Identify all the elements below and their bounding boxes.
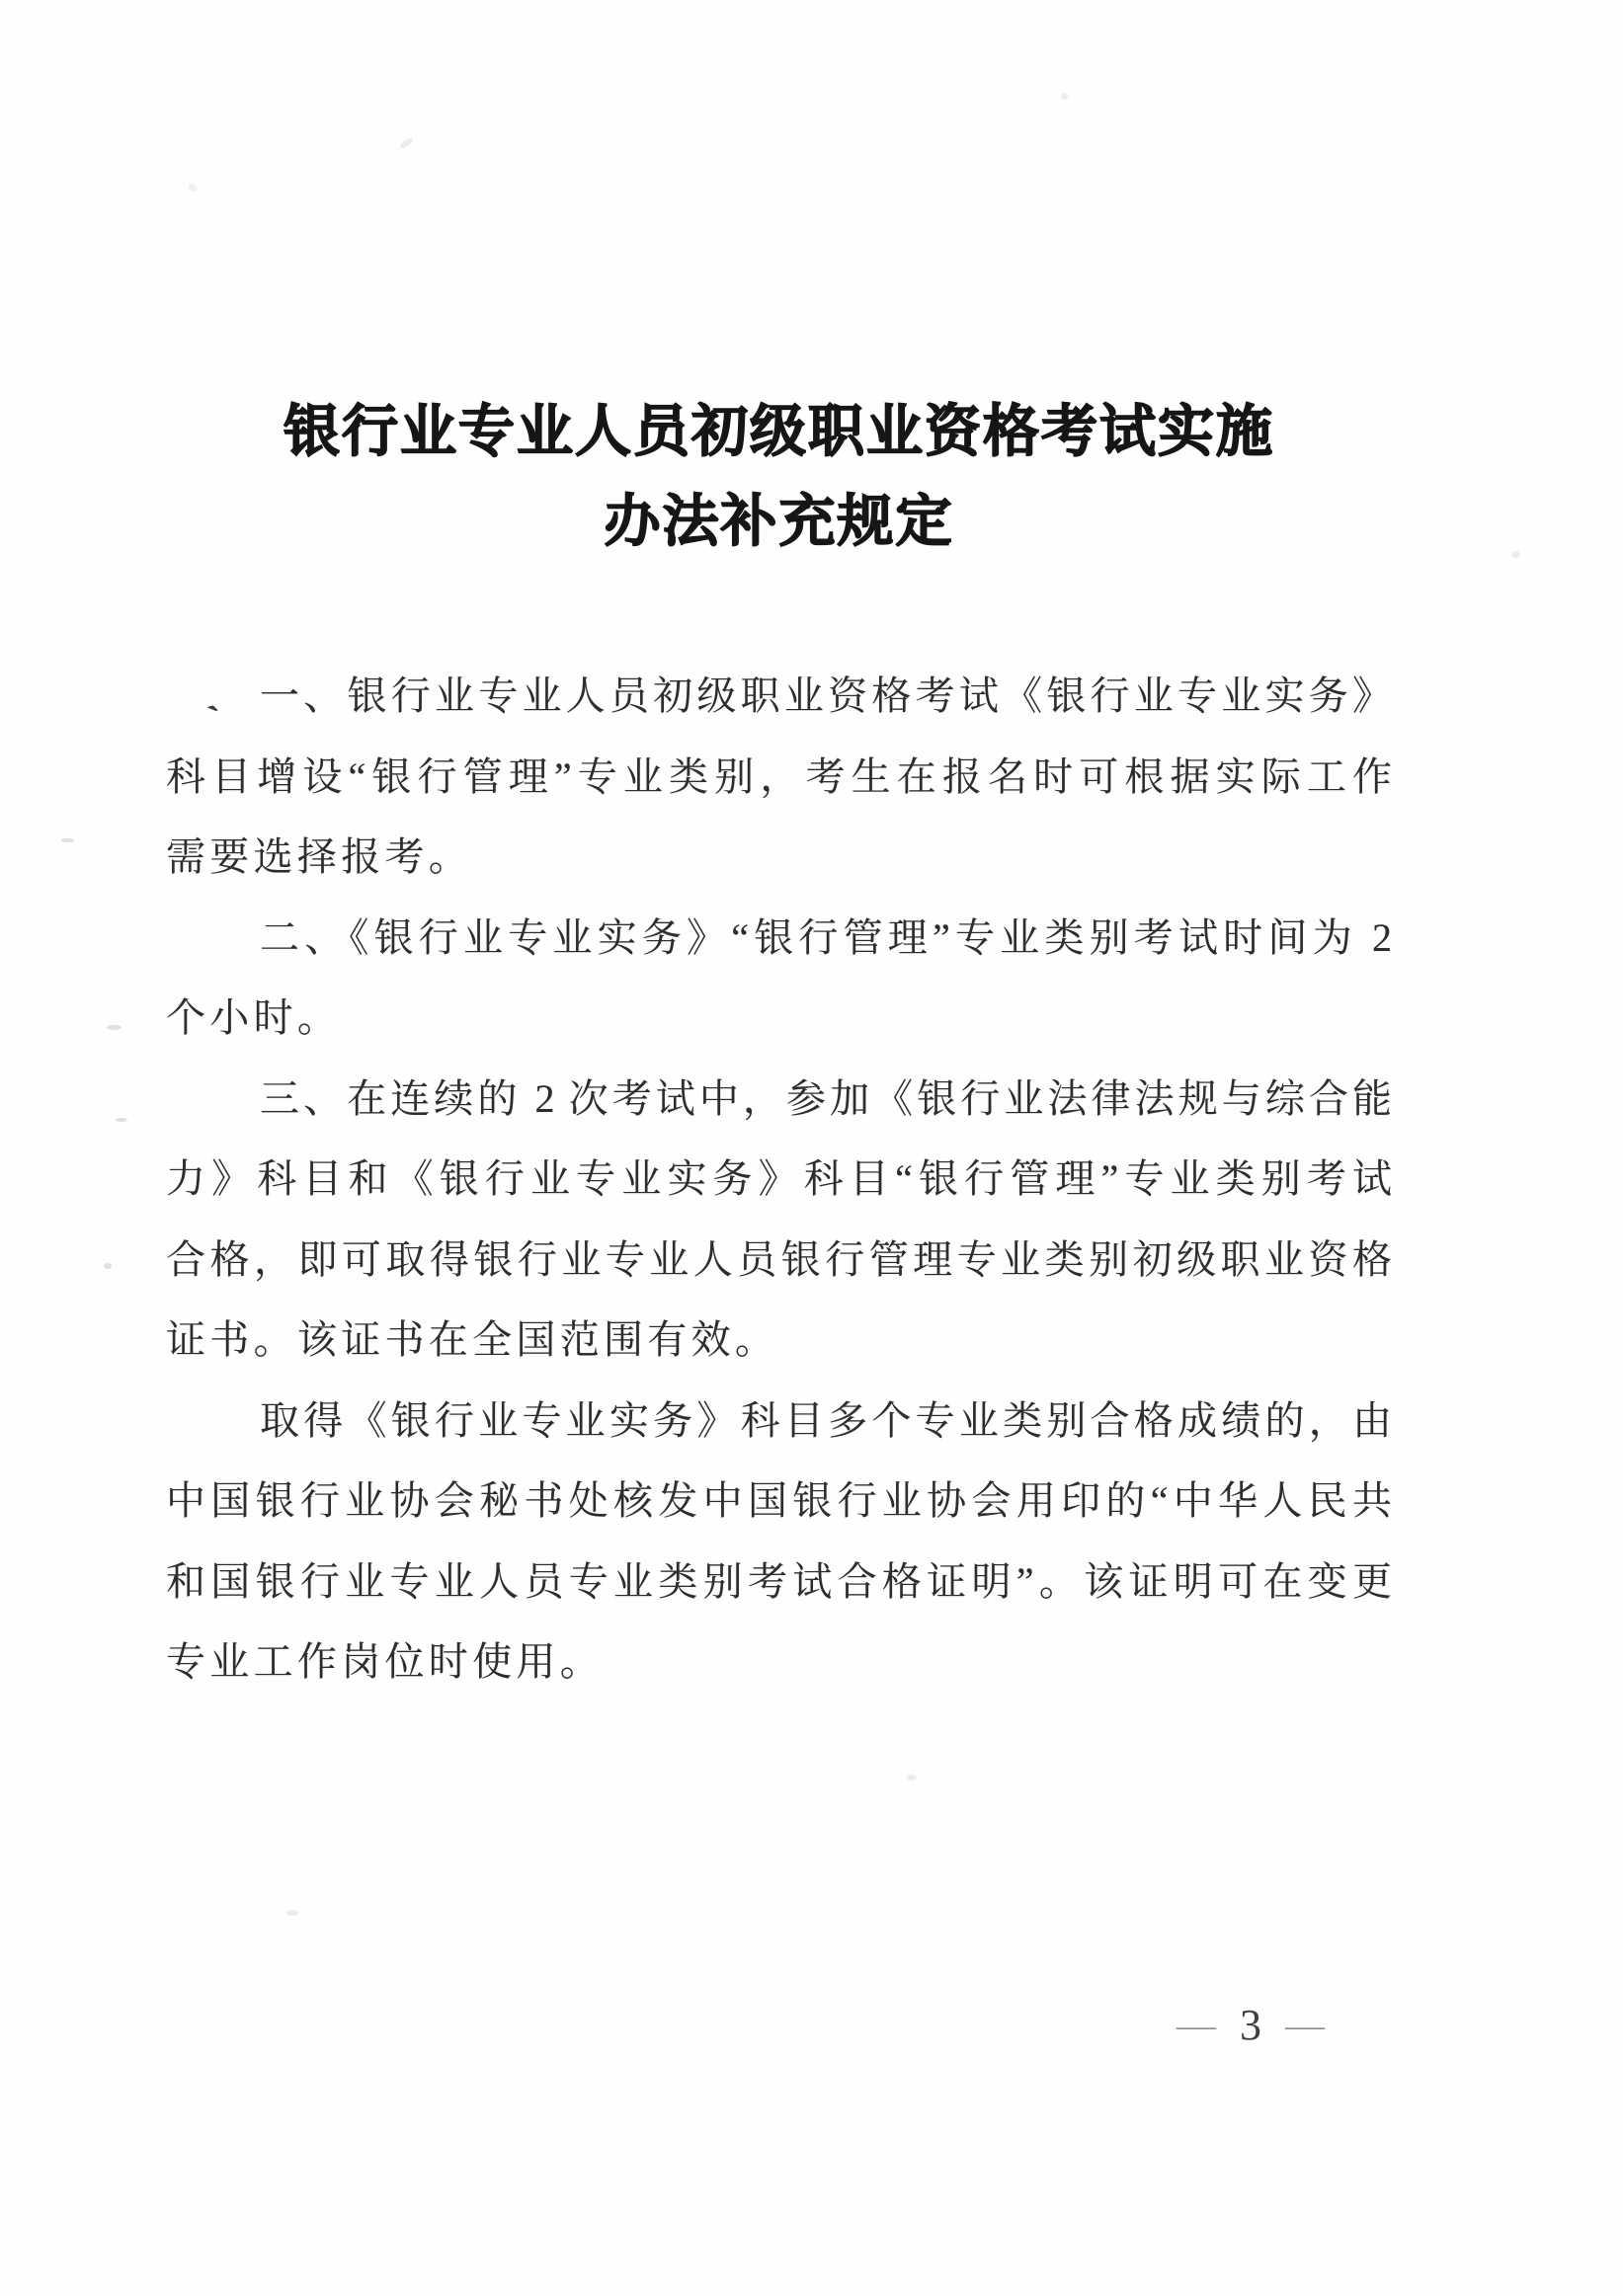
text-line: 二、《银行业专业实务》“银行管理”专业类别考试时间为 2 — [166, 898, 1392, 979]
scan-speck — [116, 1118, 127, 1122]
paragraph-1: 一、银行业专业人员初级职业资格考试《银行业专业实务》 科目增设“银行管理”专业类… — [166, 656, 1392, 898]
text-line: 专业工作岗位时使用。 — [166, 1622, 1392, 1702]
paragraph-4: 取得《银行业专业实务》科目多个专业类别合格成绩的，由 中国银行业协会秘书处核发中… — [166, 1381, 1392, 1702]
scan-speck — [107, 1025, 122, 1030]
scan-speck — [1061, 93, 1068, 100]
scan-speck — [286, 1910, 298, 1916]
document-title: 银行业专业人员初级职业资格考试实施 办法补充规定 — [166, 387, 1392, 567]
title-line-1: 银行业专业人员初级职业资格考试实施 — [166, 387, 1392, 477]
text-line: 合格，即可取得银行业专业人员银行管理专业类别初级职业资格 — [166, 1220, 1392, 1301]
text-line: 需要选择报考。 — [166, 817, 1392, 898]
title-line-2: 办法补充规定 — [166, 477, 1392, 567]
text-line: 和国银行业专业人员专业类别考试合格证明”。该证明可在变更 — [166, 1542, 1392, 1623]
scan-speck — [1511, 551, 1520, 558]
text-line: 个小时。 — [166, 978, 1392, 1059]
scan-speck — [61, 838, 74, 842]
scanned-document-page: 银行业专业人员初级职业资格考试实施 办法补充规定 ` 一、银行业专业人员初级职业… — [0, 0, 1623, 2296]
text-line: 科目增设“银行管理”专业类别，考生在报名时可根据实际工作 — [166, 737, 1392, 818]
text-line: 三、在连续的 2 次考试中，参加《银行业法律法规与综合能 — [166, 1059, 1392, 1140]
text-line: 证书。该证书在全国范围有效。 — [166, 1300, 1392, 1381]
page-number-dash-right: — — [1285, 2007, 1325, 2044]
document-body: ` 一、银行业专业人员初级职业资格考试《银行业专业实务》 科目增设“银行管理”专… — [166, 656, 1392, 1702]
scan-speck — [399, 136, 415, 150]
text-line: 力》科目和《银行业专业实务》科目“银行管理”专业类别考试 — [166, 1139, 1392, 1220]
text-line: 取得《银行业专业实务》科目多个专业类别合格成绩的，由 — [166, 1381, 1392, 1462]
scan-speck — [187, 182, 200, 195]
page-number-value: 3 — [1240, 2000, 1261, 2050]
scan-speck — [104, 1263, 112, 1269]
text-line: 一、银行业专业人员初级职业资格考试《银行业专业实务》 — [166, 656, 1392, 737]
page-number: — 3 — — [1177, 2000, 1325, 2050]
page-number-dash-left: — — [1177, 2007, 1216, 2044]
text-line: 中国银行业协会秘书处核发中国银行业协会用印的“中华人民共 — [166, 1461, 1392, 1542]
paragraph-2: 二、《银行业专业实务》“银行管理”专业类别考试时间为 2 个小时。 — [166, 898, 1392, 1059]
paragraph-3: 三、在连续的 2 次考试中，参加《银行业法律法规与综合能 力》科目和《银行业专业… — [166, 1059, 1392, 1381]
scan-speck — [907, 1775, 917, 1781]
